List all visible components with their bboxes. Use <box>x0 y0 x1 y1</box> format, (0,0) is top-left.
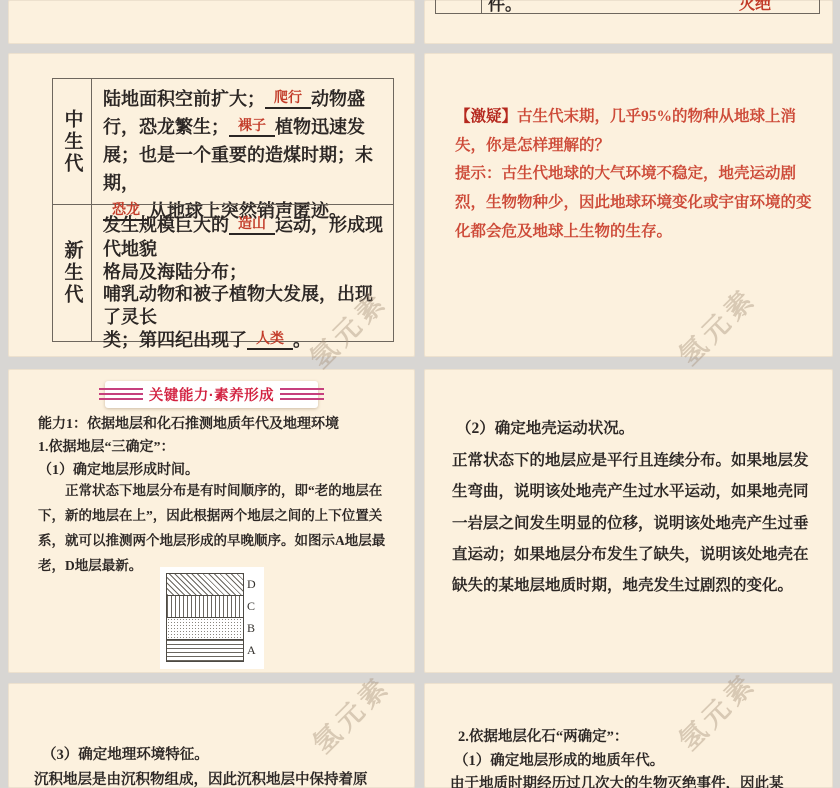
fill-blank-answer: 恐龙 <box>103 204 149 221</box>
crust-heading: （2）确定地壳运动状况。 <box>456 416 634 438</box>
table-divider <box>481 0 482 13</box>
fill-blank-answer: 爬行 <box>265 92 311 109</box>
fossil-item-1: 2.依据地层化石“两确定”： <box>458 725 628 746</box>
fill-blank-answer: 裸子 <box>229 120 275 137</box>
era-description: 发生规模巨大的造山运动，形成现代地貌 格局及海陆分布； 哺乳动物和被子植物大发展… <box>92 205 393 341</box>
jiyi-question: 【激疑】古生代末期，几乎95%的物种从地球上消失，你是怎样理解的？ <box>455 103 813 160</box>
slide-thumb-top-right[interactable]: 件。 灭绝 <box>424 0 833 44</box>
stratum-label: D <box>247 573 256 595</box>
fossil-paragraph: 由于地质时期经历过几次大的生物灭绝事件，因此某 <box>450 772 784 788</box>
fossil-item-2: （1）确定地层形成的地质年代。 <box>454 749 664 770</box>
stratum-label: C <box>247 595 256 617</box>
banner-stripes-left-icon <box>99 388 143 401</box>
jiyi-block: 【激疑】古生代末期，几乎95%的物种从地球上消失，你是怎样理解的？ 提示：古生代… <box>455 103 813 246</box>
slide-thumb-jiyi[interactable]: 【激疑】古生代末期，几乎95%的物种从地球上消失，你是怎样理解的？ 提示：古生代… <box>424 53 833 357</box>
strata-bands <box>166 573 244 662</box>
answer-text: 灭绝 <box>739 0 771 14</box>
slide-thumb-crust[interactable]: （2）确定地壳运动状况。 正常状态下的地层应是平行且连续分布。如果地层发生弯曲，… <box>424 369 833 673</box>
list-item-2: （1）确定地层形成时间。 <box>38 459 199 479</box>
banner-stripes-right-icon <box>280 388 324 401</box>
env-paragraph: 沉积地层是由沉积物组成，因此沉积地层中保持着原 <box>34 768 368 788</box>
section-banner: 关键能力·素养形成 <box>105 381 318 408</box>
list-item-1: 1.依据地层“三确定”： <box>38 436 175 456</box>
text-run: 陆地面积空前扩大； <box>103 89 265 109</box>
fill-blank-answer: 人类 <box>247 333 293 350</box>
fill-blank-answer: 造山 <box>229 218 275 235</box>
jiyi-label: 【激疑】 <box>455 108 517 125</box>
text-run: 哺乳动物和被子植物大发展，出现了灵长 <box>103 284 373 327</box>
explanation-paragraph: 正常状态下地层分布是有时间顺序的，即“老的地层在下，新的地层在上”，因此根据两个… <box>38 479 392 579</box>
slide-thumb-fossil[interactable]: 2.依据地层化石“两确定”： （1）确定地层形成的地质年代。 由于地质时期经历过… <box>424 683 833 788</box>
table-fragment: 件。 灭绝 <box>435 0 820 14</box>
era-label-cenozoic: 新生代 <box>53 205 92 341</box>
stratum-d-hatch <box>167 574 243 596</box>
stratum-c-hatch <box>167 596 243 618</box>
text-run: 类；第四纪出现了 <box>103 330 247 350</box>
slide-thumb-era-table[interactable]: 中生代 陆地面积空前扩大；爬行动物盛行，恐龙繁生；裸子植物迅速发展；也是一个重要… <box>8 53 415 357</box>
strata-layers: D C B A <box>166 573 256 662</box>
era-label-mesozoic: 中生代 <box>53 79 92 204</box>
jiyi-hint: 提示：古生代地球的大气环境不稳定，地壳运动剧烈，生物物种少，因此地球环境变化或宇… <box>455 160 813 246</box>
text-run: 。 <box>293 330 311 350</box>
strata-labels: D C B A <box>247 573 256 662</box>
table-cell-text: 件。 <box>488 0 522 15</box>
stratum-a-hatch <box>167 640 243 661</box>
slide-thumb-keyability[interactable]: 关键能力·素养形成 能力1：依据地层和化石推测地质年代及地理环境 1.依据地层“… <box>8 369 415 673</box>
banner-title: 关键能力·素养形成 <box>149 384 274 405</box>
slide-thumb-env[interactable]: （3）确定地理环境特征。 沉积地层是由沉积物组成，因此沉积地层中保持着原 <box>8 683 415 788</box>
table-row: 中生代 陆地面积空前扩大；爬行动物盛行，恐龙繁生；裸子植物迅速发展；也是一个重要… <box>53 79 393 204</box>
slide-thumb-top-left[interactable] <box>8 0 415 44</box>
env-heading: （3）确定地理环境特征。 <box>42 743 209 764</box>
table-row: 新生代 发生规模巨大的造山运动，形成现代地貌 格局及海陆分布； 哺乳动物和被子植… <box>53 204 393 341</box>
stratum-b-hatch <box>167 618 243 640</box>
text-run: 格局及海陆分布； <box>103 262 247 282</box>
ability-heading: 能力1：依据地层和化石推测地质年代及地理环境 <box>38 413 339 433</box>
stratum-label: A <box>247 639 256 661</box>
strata-diagram: D C B A <box>160 567 264 669</box>
stratum-label: B <box>247 617 256 639</box>
crust-paragraph: 正常状态下的地层应是平行且连续分布。如果地层发生弯曲，说明该处地壳产生过水平运动… <box>452 445 816 601</box>
slide-grid-preview: 件。 灭绝 中生代 陆地面积空前扩大；爬行动物盛行，恐龙繁生；裸子植物迅速发展；… <box>0 0 840 788</box>
era-description: 陆地面积空前扩大；爬行动物盛行，恐龙繁生；裸子植物迅速发展；也是一个重要的造煤时… <box>92 79 393 204</box>
era-table: 中生代 陆地面积空前扩大；爬行动物盛行，恐龙繁生；裸子植物迅速发展；也是一个重要… <box>52 78 394 342</box>
